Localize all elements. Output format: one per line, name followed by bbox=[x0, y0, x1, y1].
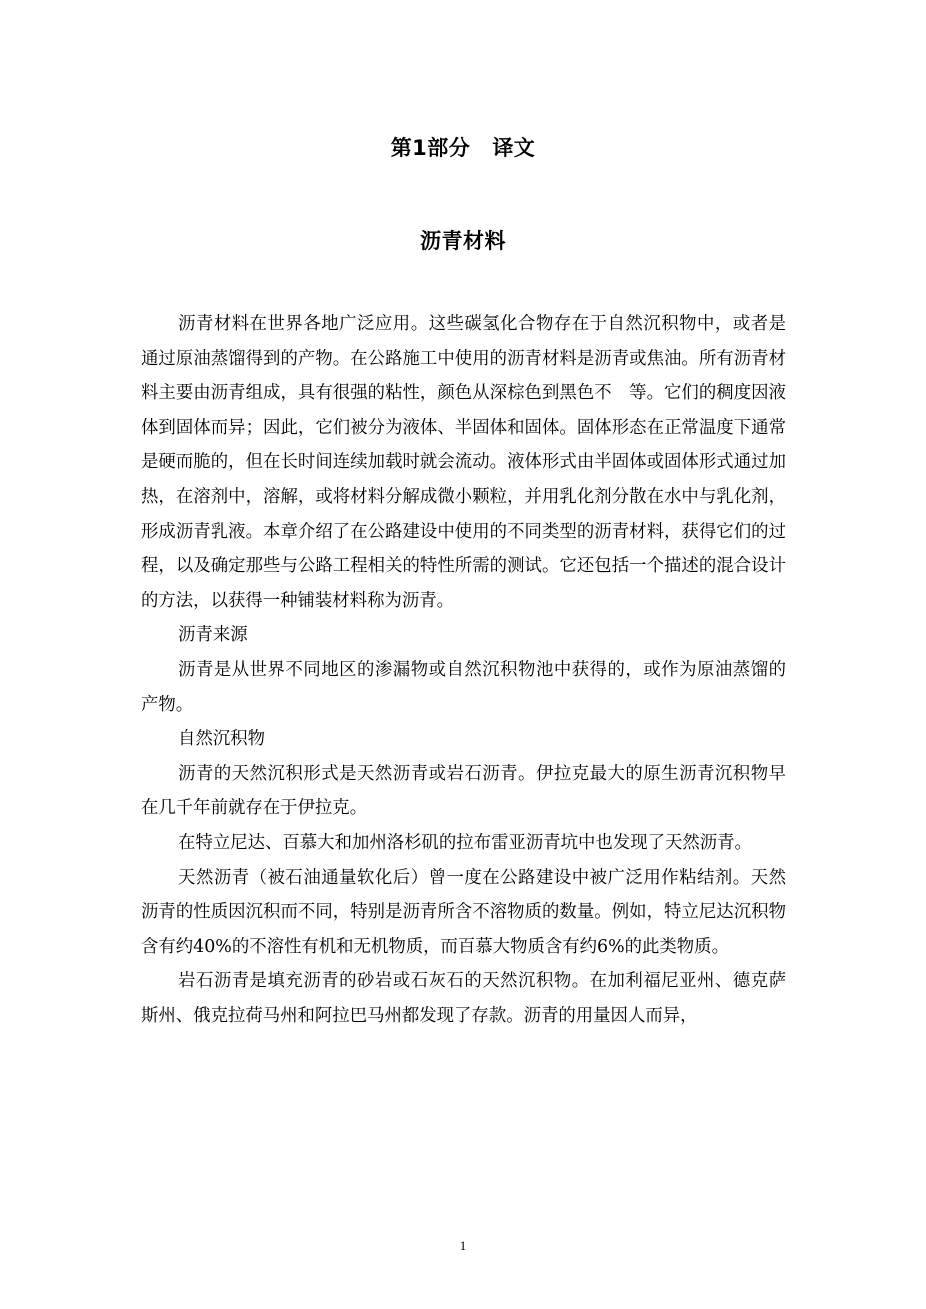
document-page: 第1部分译文 沥青材料 沥青材料在世界各地广泛应用。这些碳氢化合物存在于自然沉积… bbox=[0, 0, 926, 1309]
paragraph-natural-asphalt-binder: 天然沥青（被石油通量软化后）曾一度在公路建设中被广泛用作粘结剂。天然沥青的性质因… bbox=[141, 861, 786, 965]
page-number: 1 bbox=[0, 1238, 926, 1254]
subheading-asphalt-sources: 沥青来源 bbox=[141, 618, 786, 653]
chapter-title: 沥青材料 bbox=[0, 225, 926, 255]
paragraph-trinidad-bermuda: 在特立尼达、百慕大和加州洛杉矶的拉布雷亚沥青坑中也发现了天然沥青。 bbox=[141, 826, 786, 861]
part-title: 第1部分译文 bbox=[0, 132, 926, 162]
paragraph-intro: 沥青材料在世界各地广泛应用。这些碳氢化合物存在于自然沉积物中，或者是通过原油蒸馏… bbox=[141, 307, 786, 618]
body-text: 沥青材料在世界各地广泛应用。这些碳氢化合物存在于自然沉积物中，或者是通过原油蒸馏… bbox=[141, 307, 786, 1033]
part-number: 第1部分 bbox=[391, 136, 471, 160]
paragraph-natural-forms: 沥青的天然沉积形式是天然沥青或岩石沥青。伊拉克最大的原生沥青沉积物早在几千年前就… bbox=[141, 757, 786, 826]
paragraph-rock-asphalt: 岩石沥青是填充沥青的砂岩或石灰石的天然沉积物。在加利福尼亚州、德克萨斯州、俄克拉… bbox=[141, 964, 786, 1033]
subheading-natural-deposits: 自然沉积物 bbox=[141, 722, 786, 757]
paragraph-sources: 沥青是从世界不同地区的渗漏物或自然沉积物池中获得的，或作为原油蒸馏的产物。 bbox=[141, 653, 786, 722]
part-label: 译文 bbox=[492, 136, 535, 160]
